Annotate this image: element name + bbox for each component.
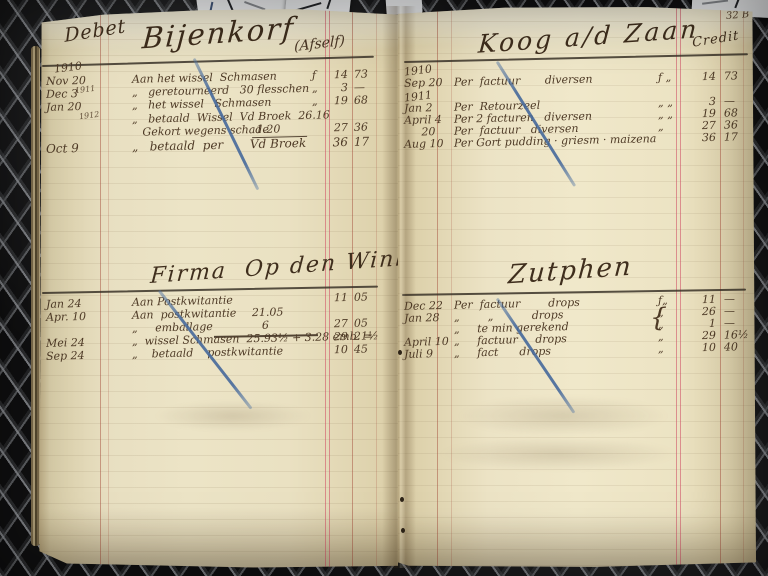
account-title-note: (Afself) bbox=[294, 33, 345, 55]
fold-speck bbox=[398, 350, 402, 355]
guilders-cell: 3 bbox=[324, 81, 348, 95]
ruling-line bbox=[676, 6, 677, 568]
cents-cell: — bbox=[354, 80, 380, 94]
date-cell: Jan 20 bbox=[46, 100, 82, 114]
ruling-line bbox=[743, 6, 744, 568]
guilders-cell: 10 bbox=[324, 343, 348, 357]
fold-speck bbox=[400, 497, 404, 502]
debet-label: Debet bbox=[64, 15, 127, 47]
guilders-cell: 29 bbox=[324, 330, 348, 344]
currency-mark: ƒ „ bbox=[658, 70, 696, 84]
right-page: 32 B Credit Koog a/d Zaan 1910 1911 Sep … bbox=[398, 6, 756, 568]
account-title-firma-op-den-winkel: Firma Op den Winkel bbox=[149, 244, 435, 289]
left-page: 32 B Debet Bijenkorf (Afself) 1910 1911 … bbox=[38, 8, 398, 568]
description-cell: „ betaald per Vd Broek bbox=[132, 136, 307, 154]
title-rule bbox=[404, 53, 748, 63]
account-title-zutphen: Zutphen bbox=[507, 252, 634, 291]
currency-mark: „ bbox=[658, 341, 696, 355]
slip-mark bbox=[244, 1, 265, 10]
guilders-cell: 19 bbox=[324, 94, 348, 108]
inline-amount: 6 bbox=[262, 319, 269, 332]
ruling-line bbox=[451, 6, 452, 568]
date-cell: Jan 24 bbox=[46, 297, 82, 311]
ruling-line bbox=[437, 6, 438, 568]
bleedthrough-smudge bbox=[148, 400, 318, 432]
date-cell: Oct 9 bbox=[46, 141, 79, 156]
ruling-line bbox=[720, 6, 721, 568]
cents-cell: 68 bbox=[354, 93, 380, 107]
slip-mark bbox=[734, 0, 739, 8]
date-cell: Juli 9 bbox=[404, 347, 433, 361]
cents-cell: 73 bbox=[354, 67, 380, 81]
date-cell: Aug 10 bbox=[404, 137, 444, 151]
ruling-line bbox=[680, 6, 681, 568]
account-title-bijenkorf: Bijenkorf bbox=[141, 11, 296, 56]
guilders-cell: 11 bbox=[324, 291, 348, 305]
fold-speck bbox=[401, 528, 405, 533]
date-cell: Dec 3 bbox=[46, 87, 78, 101]
date-cell: Sep 24 bbox=[46, 349, 85, 363]
cents-cell: 73 bbox=[724, 69, 750, 83]
date-cell: Nov 20 bbox=[46, 74, 86, 88]
cents-cell: 45 bbox=[354, 342, 380, 356]
cents-cell: 17 bbox=[354, 134, 380, 149]
guilders-cell: 27 bbox=[324, 317, 348, 331]
cents-cell: 21½ bbox=[354, 329, 380, 343]
date-cell: Apr. 10 bbox=[46, 310, 86, 324]
bleedthrough-smudge bbox=[448, 394, 678, 438]
slip-mark bbox=[326, 0, 332, 9]
account-title-koog-ad-zaan: Koog a/d Zaan bbox=[477, 14, 700, 59]
date-cell: Sep 20 bbox=[404, 76, 443, 90]
cents-cell: 05 bbox=[354, 290, 380, 304]
inline-amount: 21.05 bbox=[252, 305, 284, 319]
book-page-stack-edge bbox=[31, 46, 40, 546]
guilders-cell: 14 bbox=[324, 68, 348, 82]
guilders-cell: 27 bbox=[324, 121, 348, 135]
cents-cell: 17 bbox=[724, 130, 750, 144]
guilders-cell: 10 bbox=[692, 341, 716, 355]
guilders-cell: 36 bbox=[324, 135, 348, 150]
guilders-cell: 14 bbox=[692, 70, 716, 84]
ledger-photo: 32 B Debet Bijenkorf (Afself) 1910 1911 … bbox=[0, 0, 768, 576]
slip-mark bbox=[702, 0, 728, 5]
cents-cell: 05 bbox=[354, 316, 380, 330]
description-cell: Per factuur diversen bbox=[454, 73, 593, 89]
bleedthrough-smudge bbox=[428, 436, 688, 472]
date-cell: Mei 24 bbox=[46, 336, 85, 350]
cents-cell: 36 bbox=[354, 120, 380, 134]
guilders-cell: 36 bbox=[692, 131, 716, 145]
cents-cell: 40 bbox=[724, 340, 750, 354]
